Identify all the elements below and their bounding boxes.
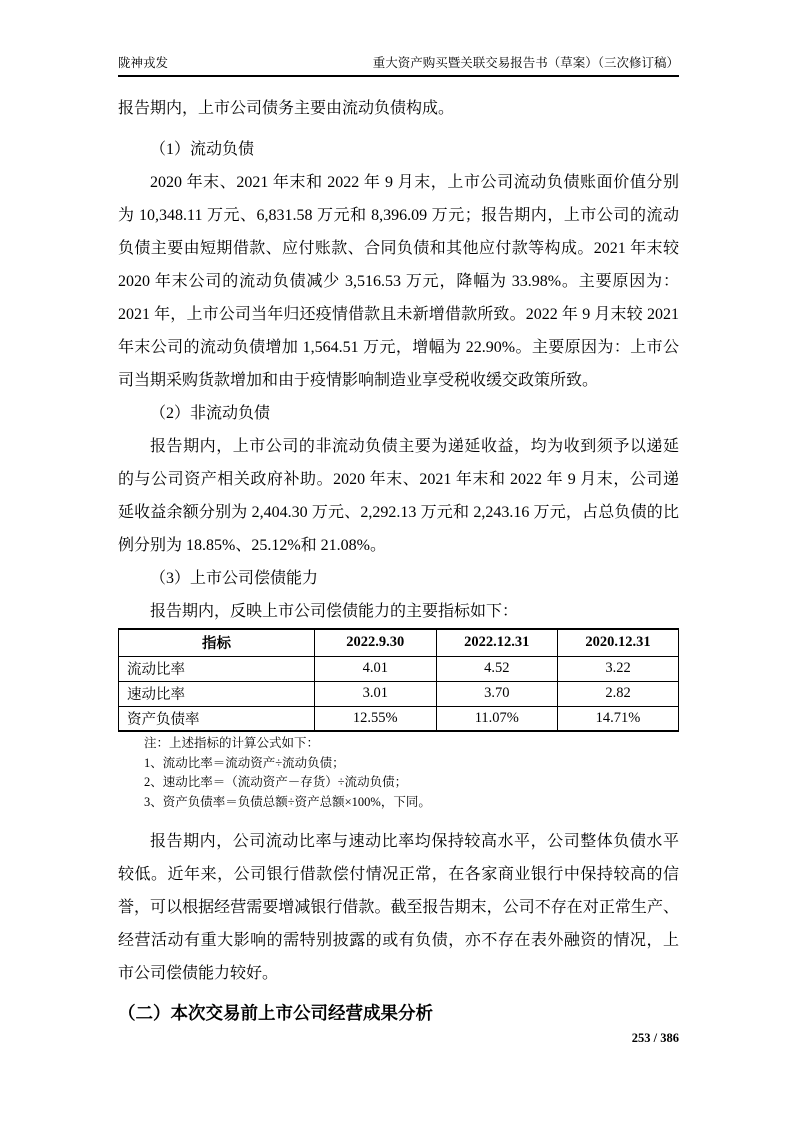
table-row: 速动比率3.013.702.82 (119, 681, 679, 706)
table-row-label: 速动比率 (119, 681, 315, 706)
text-line: 报告期内，上市公司的非流动负债主要为递延收益，均为收到须予以递延 (118, 430, 679, 463)
table-header-cell: 2022.9.30 (315, 629, 437, 656)
text-line: 报告期内，公司流动比率与速动比率均保持较高水平，公司整体负债水平 (118, 825, 679, 858)
table-cell: 12.55% (315, 706, 437, 731)
table-notes: 注：上述指标的计算公式如下：1、流动比率＝流动资产÷流动负债；2、速动比率＝（流… (118, 734, 679, 812)
text-line: 较低。近年来，公司银行借款偿付情况正常，在各家商业银行中保持较高的信 (118, 858, 679, 891)
table-header-cell: 指标 (119, 629, 315, 656)
text-line: 2020 年末、2021 年末和 2022 年 9 月末，上市公司流动负债账面价… (118, 166, 679, 199)
section-heading-noncurrent-liabilities: （2）非流动负债 (118, 397, 679, 430)
section-heading-current-liabilities: （1）流动负债 (118, 133, 679, 166)
text-line: 市公司偿债能力较好。 (118, 957, 679, 990)
text-line: 2、速动比率＝（流动资产－存货）÷流动负债； (144, 773, 679, 793)
paragraph-noncurrent-liabilities: 报告期内，上市公司的非流动负债主要为递延收益，均为收到须予以递延的与公司资产相关… (118, 430, 679, 562)
text-line: 司当期采购货款增加和由于疫情影响制造业享受税收缓交政策所致。 (118, 364, 679, 397)
table-cell: 4.52 (436, 656, 558, 681)
table-cell: 14.71% (558, 706, 679, 731)
text-line: 誉，可以根据经营需要增减银行借款。截至报告期末，公司不存在对正常生产、 (118, 891, 679, 924)
text-line: 延收益余额分别为 2,404.30 万元、2,292.13 万元和 2,243.… (118, 496, 679, 529)
paragraph-intro: 报告期内，上市公司债务主要由流动负债构成。 (118, 92, 679, 125)
text-line: 注：上述指标的计算公式如下： (144, 734, 679, 754)
table-row: 流动比率4.014.523.22 (119, 656, 679, 681)
text-line: 的与公司资产相关政府补助。2020 年末、2021 年末和 2022 年 9 月… (118, 463, 679, 496)
page-header: 陇神戎发 重大资产购买暨关联交易报告书（草案）（三次修订稿） (118, 55, 679, 77)
text-line: 2020 年末公司的流动负债减少 3,516.53 万元，降幅为 33.98%。… (118, 265, 679, 298)
paragraph-current-liabilities: 2020 年末、2021 年末和 2022 年 9 月末，上市公司流动负债账面价… (118, 166, 679, 397)
table-intro-line: 报告期内，反映上市公司偿债能力的主要指标如下： (118, 595, 679, 628)
section-heading-solvency: （3）上市公司偿债能力 (118, 562, 679, 595)
text-line: 负债主要由短期借款、应付账款、合同负债和其他应付款等构成。2021 年末较 (118, 232, 679, 265)
table-cell: 3.70 (436, 681, 558, 706)
paragraph-solvency-summary: 报告期内，公司流动比率与速动比率均保持较高水平，公司整体负债水平较低。近年来，公… (118, 825, 679, 990)
table-header-cell: 2020.12.31 (558, 629, 679, 656)
document-page: 陇神戎发 重大资产购买暨关联交易报告书（草案）（三次修订稿） 报告期内，上市公司… (0, 0, 793, 1122)
table-row: 资产负债率12.55%11.07%14.71% (119, 706, 679, 731)
text-line: 3、资产负债率＝负债总额÷资产总额×100%，下同。 (144, 793, 679, 813)
table-cell: 2.82 (558, 681, 679, 706)
table-header-cell: 2022.12.31 (436, 629, 558, 656)
text-line: 1、流动比率＝流动资产÷流动负债； (144, 754, 679, 774)
text-line: 经营活动有重大影响的需特别披露的或有负债，亦不存在表外融资的情况，上 (118, 924, 679, 957)
text-line: 年末公司的流动负债增加 1,564.51 万元，增幅为 22.90%。主要原因为… (118, 331, 679, 364)
table-row-label: 资产负债率 (119, 706, 315, 731)
text-line: 例分别为 18.85%、25.12%和 21.08%。 (118, 529, 679, 562)
header-company-name: 陇神戎发 (118, 55, 168, 71)
table-row-label: 流动比率 (119, 656, 315, 681)
table-cell: 11.07% (436, 706, 558, 731)
text-line: 2021 年，上市公司当年归还疫情借款且未新增借款所致。2022 年 9 月末较… (118, 298, 679, 331)
header-report-title: 重大资产购买暨关联交易报告书（草案）（三次修订稿） (373, 55, 679, 71)
table-cell: 4.01 (315, 656, 437, 681)
page-number: 253 / 386 (118, 1030, 679, 1046)
text-line: 为 10,348.11 万元、6,831.58 万元和 8,396.09 万元；… (118, 199, 679, 232)
table-header-row: 指标2022.9.302022.12.312020.12.31 (119, 629, 679, 656)
solvency-indicators-table: 指标2022.9.302022.12.312020.12.31 流动比率4.01… (118, 628, 679, 732)
table-cell: 3.01 (315, 681, 437, 706)
section-heading-operating-results: （二）本次交易前上市公司经营成果分析 (118, 1000, 679, 1026)
table-cell: 3.22 (558, 656, 679, 681)
